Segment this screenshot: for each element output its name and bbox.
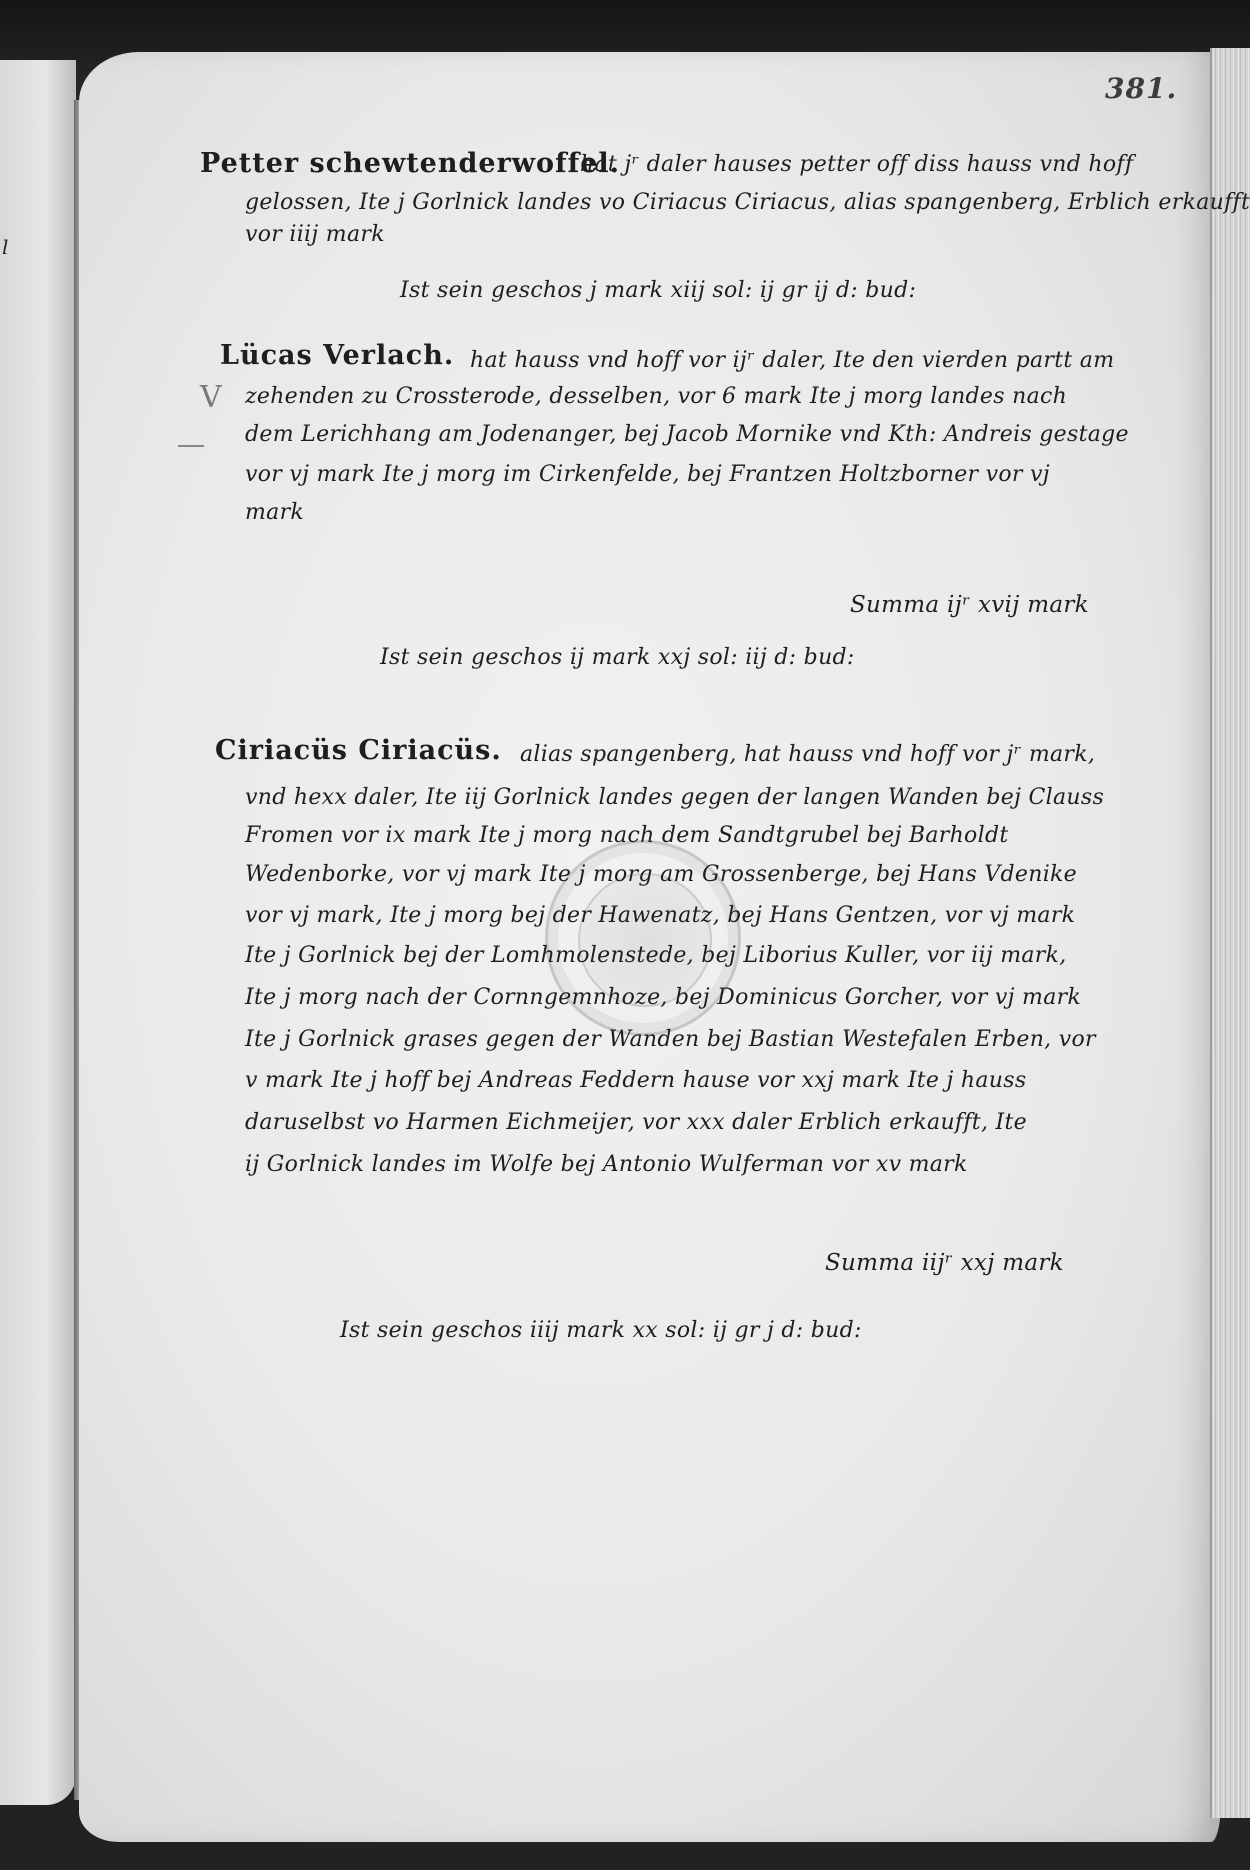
entry-line: Ite j Gorlnick grases gegen der Wanden b… — [245, 1027, 1096, 1052]
entry-line: vor iiij mark — [245, 222, 385, 247]
entry-name: Lücas Verlach. — [220, 340, 454, 371]
entry-line: alias spangenberg, hat hauss vnd hoff vo… — [520, 742, 1095, 767]
facing-page-left: l — [0, 60, 76, 1805]
entry-line: vor vj mark Ite j morg im Cirkenfelde, b… — [245, 462, 1050, 487]
entry-name: Petter schewtenderwoffel. — [200, 148, 620, 179]
entry-line: vor vj mark, Ite j morg bej der Hawenatz… — [245, 903, 1075, 928]
folio-number: 381. — [1105, 72, 1177, 105]
entry-name: Ciriacüs Ciriacüs. — [215, 735, 502, 766]
page-stack-edges — [1210, 48, 1250, 1818]
entry-line: dem Lerichhang am Jodenanger, bej Jacob … — [245, 422, 1129, 447]
sum-line: Summa ijʳ xvij mark — [850, 592, 1089, 618]
entry-line: mark — [245, 500, 304, 525]
entry-line: hat hauss vnd hoff vor ijʳ daler, Ite de… — [470, 348, 1114, 373]
entry-line: Ite j morg nach der Cornngemnhoze, bej D… — [245, 985, 1081, 1010]
entry-line: Ite j Gorlnick bej der Lomhmolenstede, b… — [245, 943, 1067, 968]
entry-line: zehenden zu Crossterode, desselben, vor … — [245, 384, 1067, 409]
paid-line: Ist sein geschos j mark xiij sol: ij gr … — [400, 278, 916, 303]
sum-line: Summa iijʳ xxj mark — [825, 1250, 1064, 1276]
margin-dash — [178, 445, 204, 447]
facing-page-mark: l — [2, 235, 8, 259]
paid-line: Ist sein geschos iiij mark xx sol: ij gr… — [340, 1318, 862, 1343]
entry-line: Wedenborke, vor vj mark Ite j morg am Gr… — [245, 862, 1077, 887]
entry-line: ij Gorlnick landes im Wolfe bej Antonio … — [245, 1152, 968, 1177]
margin-check-mark: V — [200, 380, 222, 415]
entry-line: v mark Ite j hoff bej Andreas Feddern ha… — [245, 1068, 1026, 1093]
paid-line: Ist sein geschos ij mark xxj sol: iij d:… — [380, 645, 855, 670]
entry-line: vnd hexx daler, Ite iij Gorlnick landes … — [245, 785, 1104, 810]
entry-line: Fromen vor ix mark Ite j morg nach dem S… — [245, 823, 1008, 848]
entry-line: gelossen, Ite j Gorlnick landes vo Ciria… — [245, 190, 1250, 215]
entry-line: daruselbst vo Harmen Eichmeijer, vor xxx… — [245, 1110, 1027, 1135]
entry-line: hat jʳ daler hauses petter off diss haus… — [580, 152, 1133, 177]
